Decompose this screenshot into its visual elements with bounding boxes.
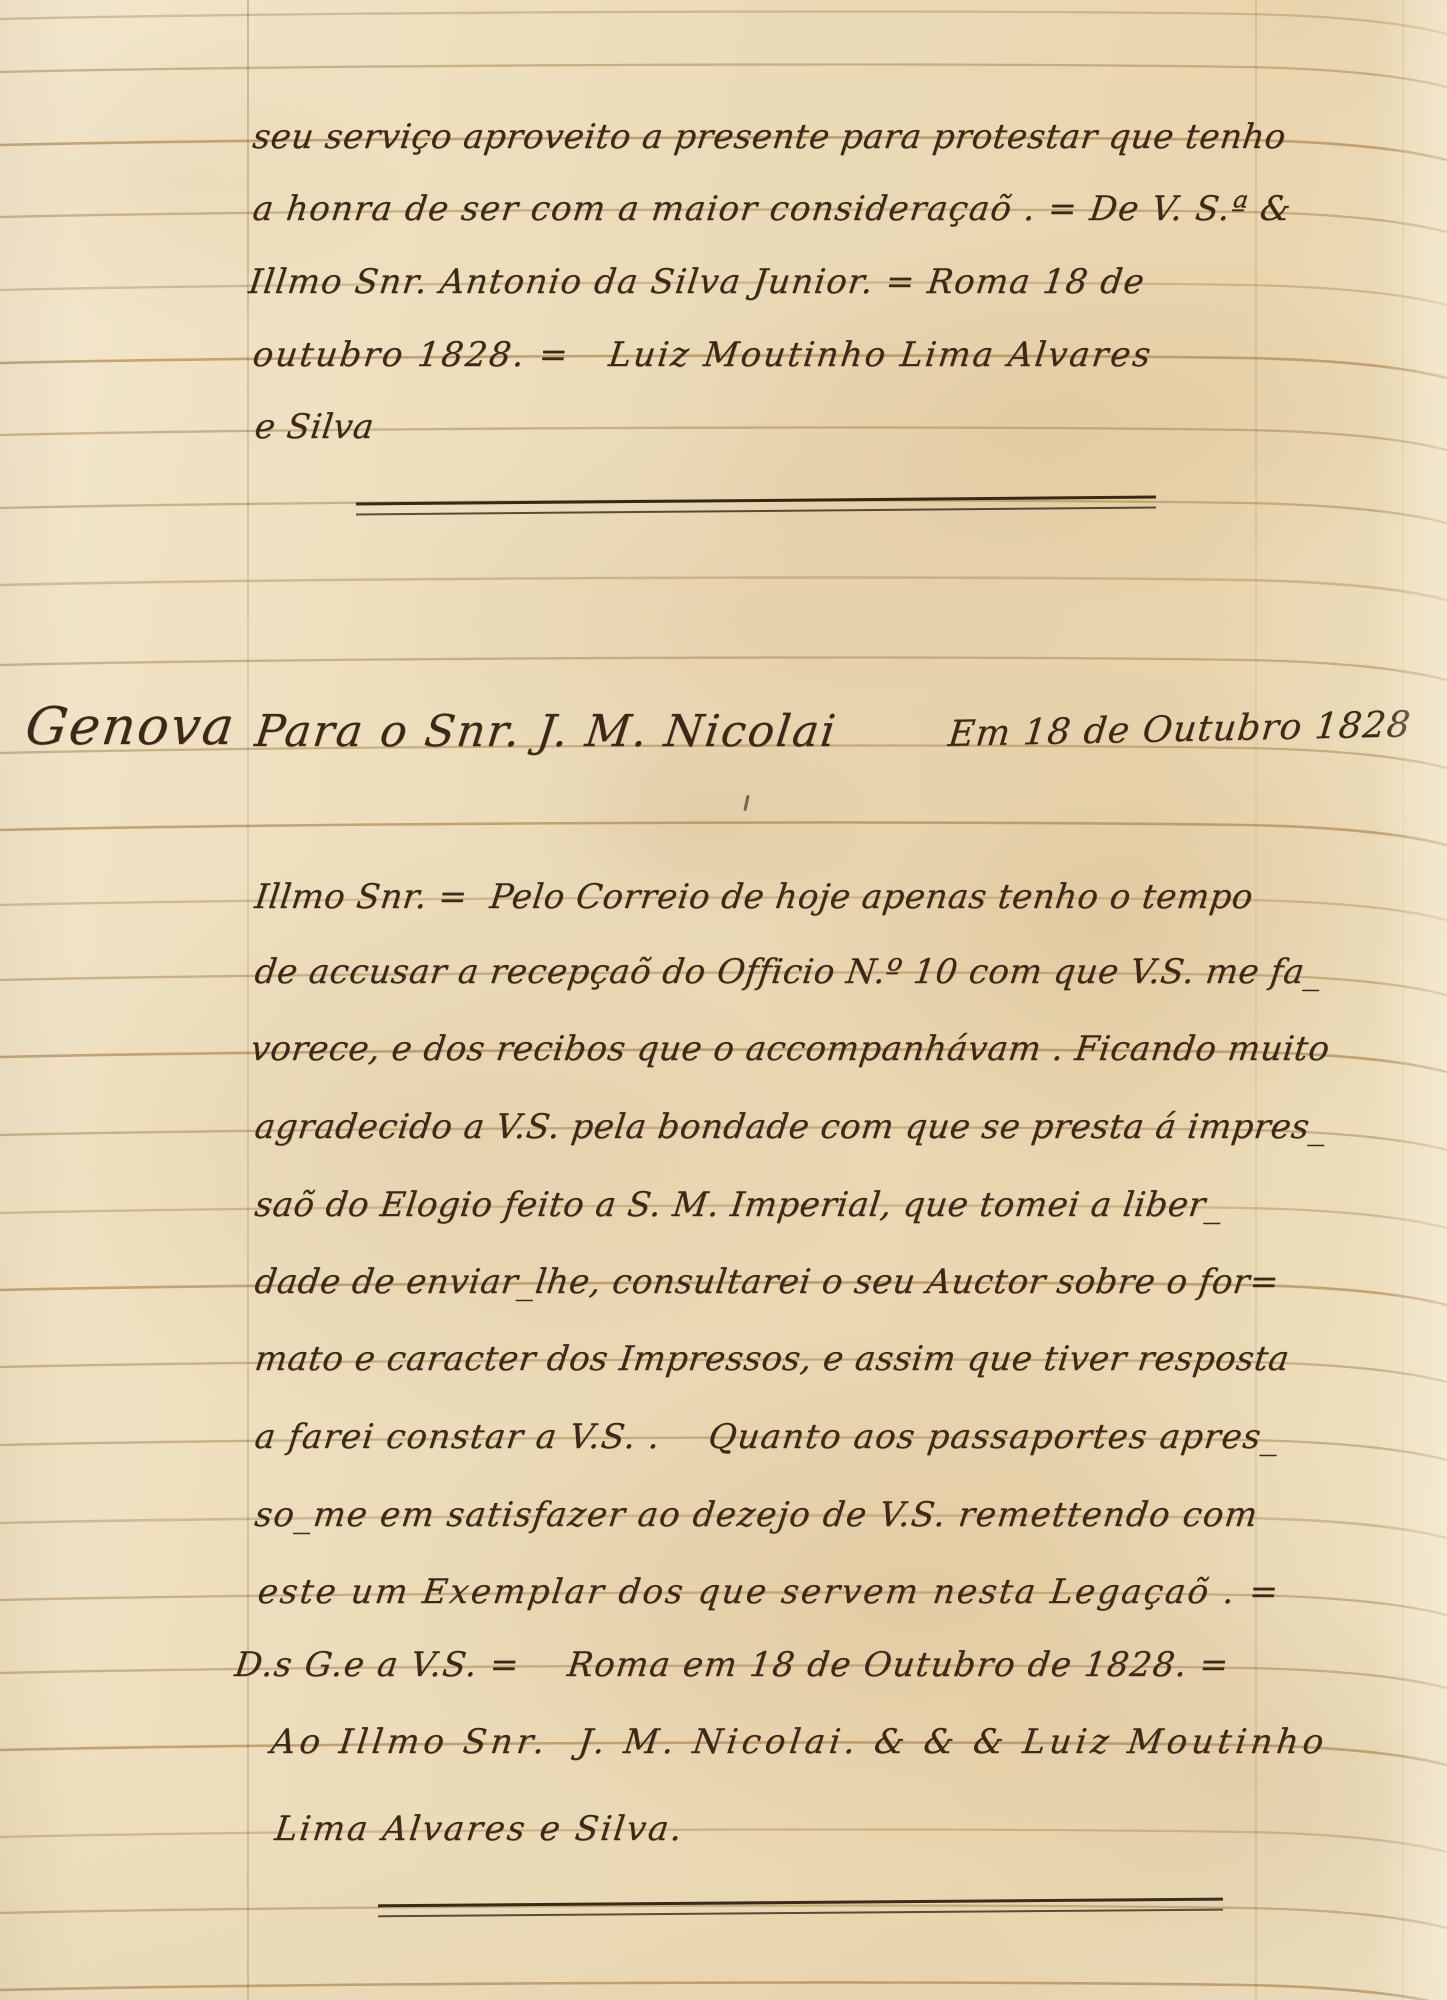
prev-letter-line: a honra de ser com a maior consideraçaõ …: [250, 185, 1295, 233]
letter-body-line: este um Exemplar dos que servem nesta Le…: [255, 1568, 1283, 1616]
letter-addressee: Para o Snr. J. M. Nicolai: [252, 706, 840, 758]
prev-letter-line: seu serviço aproveito a presente para pr…: [250, 113, 1289, 161]
manuscript-page: seu serviço aproveito a presente para pr…: [0, 0, 1447, 2000]
letter-body-line: D.s G.e a V.S. = Roma em 18 de Outubro d…: [232, 1641, 1232, 1689]
letter-body-line: saõ do Elogio feito a S. M. Imperial, qu…: [252, 1181, 1226, 1229]
letter-body-line: dade de enviar_lhe, consultarei o seu Au…: [252, 1258, 1282, 1306]
prev-letter-line: outubro 1828. = Luiz Moutinho Lima Alvar…: [250, 331, 1155, 379]
letter-body-line: Ao Illmo Snr. J. M. Nicolai. & & & Luiz …: [268, 1718, 1330, 1766]
right-fold-crease: [1255, 0, 1257, 2000]
letter-body-line: a farei constar a V.S. . Quanto aos pass…: [252, 1413, 1283, 1461]
letter-body-line: so_me em satisfazer ao dezejo de V.S. re…: [252, 1491, 1261, 1539]
letter-body-line: vorece, e dos recibos que o accompanháva…: [248, 1025, 1332, 1073]
letter-body-line: Illmo Snr. = Pelo Correio de hoje apenas…: [252, 873, 1256, 921]
margin-place-note: Genova: [22, 696, 239, 758]
prev-letter-line: Illmo Snr. Antonio da Silva Junior. = Ro…: [246, 258, 1148, 306]
letter-body-line: mato e caracter dos Impressos, e assim q…: [252, 1335, 1292, 1383]
letter-body-line: de accusar a recepçaõ do Officio N.º 10 …: [252, 948, 1325, 996]
letter-body-line: agradecido a V.S. pela bondade com que s…: [252, 1103, 1330, 1151]
letter-date: Em 18 de Outubro 1828: [946, 702, 1413, 758]
page-edge-crease: [1402, 0, 1404, 2000]
prev-letter-line: e Silva: [252, 403, 377, 451]
letter-body-line: Lima Alvares e Silva.: [272, 1805, 687, 1853]
